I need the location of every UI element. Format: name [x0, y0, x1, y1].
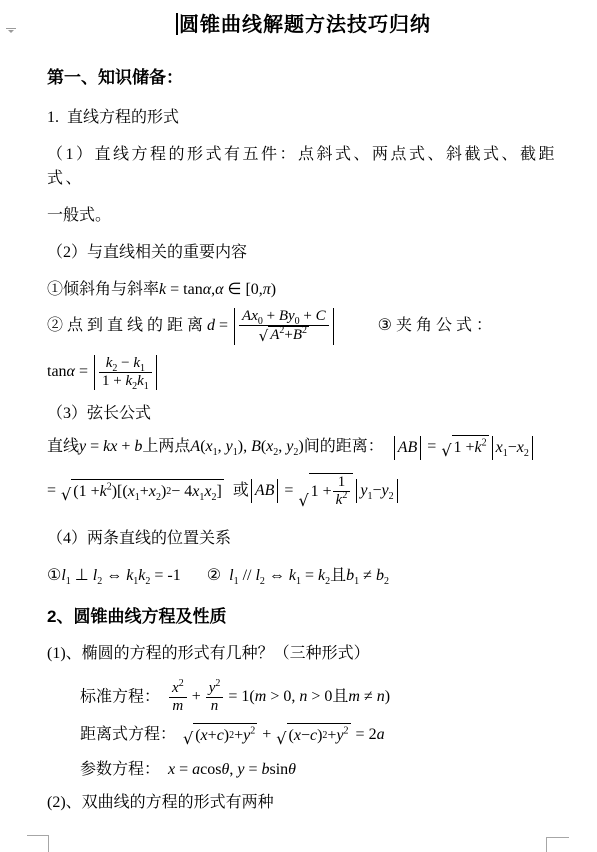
line-parametric-equation: 参数方程：x = acosθ, y = bsinθ — [80, 758, 560, 782]
line-five-forms-1: （1）直线方程的形式有五件：点斜式、两点式、斜截式、截距式、 — [47, 143, 560, 191]
line-chord-title: （3）弦长公式 — [47, 402, 560, 426]
math-formula: √(x + c)2 + y2 + √(x − c)2 + y2 = 2a — [182, 726, 385, 743]
math-formula: A(x1, y1), B(x2, y2) — [190, 438, 303, 455]
math-formula: k = tanα,α ∈ [0,π) — [159, 281, 276, 298]
spacer — [160, 773, 168, 774]
line-standard-equation: 标准方程：x2m + y2n = 1(m > 0, n > 0且m ≠ n) — [80, 680, 560, 716]
document-title-line: 圆锥曲线解题方法技巧归纳 — [47, 10, 560, 42]
math-formula: tanα = k2 − k11 + k2k1 — [47, 363, 159, 380]
math-formula: d = Ax0 + By0 + C√A2 + B2 — [207, 317, 336, 334]
text-run: 或 — [233, 482, 249, 499]
heading-conic-equations: 2、圆锥曲线方程及性质 — [47, 605, 560, 629]
text-run: （3）弦长公式 — [47, 405, 151, 422]
text-run: ② — [207, 567, 221, 584]
math-formula: y = kx + b — [79, 438, 142, 455]
text-run: 参数方程： — [80, 761, 160, 778]
outline-collapse-icon — [6, 28, 16, 34]
line-angle-formula: tanα = k2 − k11 + k2k1 — [47, 355, 560, 391]
line-distance-equation: 距离式方程：√(x + c)2 + y2 + √(x − c)2 + y2 = … — [80, 723, 560, 748]
text-run: 第一、知识储备： — [47, 68, 183, 87]
document-body: 第一、知识储备：1. 直线方程的形式（1）直线方程的形式有五件：点斜式、两点式、… — [47, 66, 560, 815]
spacer — [336, 329, 378, 330]
text-run: (2)、双曲线的方程的形式有两种 — [47, 794, 274, 811]
line-hyperbola: (2)、双曲线的方程的形式有两种 — [47, 791, 560, 815]
text-run: 距离式方程： — [80, 726, 176, 743]
spacer — [181, 579, 207, 580]
math-formula: AB = √1 + k2x1 − x2 — [392, 438, 535, 455]
text-run: ① — [47, 567, 61, 584]
text-run: 上两点 — [142, 438, 190, 455]
text-run: ② 点 到 直 线 的 距 离 — [47, 317, 207, 334]
spacer — [221, 579, 229, 580]
document-page[interactable]: 圆锥曲线解题方法技巧归纳 第一、知识储备：1. 直线方程的形式（1）直线方程的形… — [0, 0, 597, 852]
spacer — [384, 450, 392, 451]
line-two-lines-title: （4）两条直线的位置关系 — [47, 527, 560, 551]
line-slope-formula: ①倾斜角与斜率k = tanα,α ∈ [0,π) — [47, 278, 560, 302]
line-two-lines-relation: ①l1 ⊥ l2 ⇔ k1k2 = -1②l1 // l2 ⇔ k1 = k2且… — [47, 564, 560, 588]
line-chord-formula-1: 直线y = kx + b上两点A(x1, y1), B(x2, y2)间的距离：… — [47, 435, 560, 460]
text-boundary-mark-bottom-left — [27, 835, 49, 852]
line-five-forms-2: 一般式。 — [47, 204, 560, 228]
text-run: 一般式。 — [47, 207, 111, 224]
math-formula: x = acosθ, y = bsinθ — [168, 761, 296, 778]
spacer — [160, 700, 168, 701]
line-line-eq-title: 1. 直线方程的形式 — [47, 106, 560, 130]
line-ellipse-question: (1)、椭圆的方程的形式有几种？（三种形式） — [47, 642, 560, 666]
line-important-content: （2）与直线相关的重要内容 — [47, 241, 560, 265]
text-run: （2）与直线相关的重要内容 — [47, 244, 247, 261]
page-title: 圆锥曲线解题方法技巧归纳 — [179, 14, 431, 36]
line-chord-formula-2: = √(1 + k2)[(x1 + x2)2 − 4x1x2]或AB = √1 … — [47, 473, 560, 510]
heading-knowledge: 第一、知识储备： — [47, 66, 560, 90]
spacer — [225, 494, 233, 495]
text-run: （1）直线方程的形式有五件：点斜式、两点式、斜截式、截距式、 — [47, 146, 557, 187]
text-run: 1. 直线方程的形式 — [47, 109, 179, 126]
math-formula: = √(1 + k2)[(x1 + x2)2 − 4x1x2] — [47, 482, 225, 499]
text-boundary-mark-bottom-right — [546, 837, 569, 852]
line-point-distance: ② 点 到 直 线 的 距 离 d = Ax0 + By0 + C√A2 + B… — [47, 308, 560, 345]
text-run: （4）两条直线的位置关系 — [47, 530, 231, 547]
math-formula: x2m + y2n = 1(m > 0, n > 0且m ≠ n) — [168, 688, 390, 705]
text-run: (1)、椭圆的方程的形式有几种？（三种形式） — [47, 645, 370, 662]
text-run: 标准方程： — [80, 688, 160, 705]
text-cursor — [176, 13, 178, 35]
math-formula: l1 // l2 ⇔ k1 = k2且b1 ≠ b2 — [229, 567, 389, 584]
text-run: 间的距离： — [304, 438, 384, 455]
text-run: 直线 — [47, 438, 79, 455]
text-run: 2、圆锥曲线方程及性质 — [47, 607, 226, 626]
text-run: ①倾斜角与斜率 — [47, 281, 159, 298]
math-formula: AB = √1 + 1k2y1 − y2 — [249, 482, 400, 499]
math-formula: l1 ⊥ l2 ⇔ k1k2 = -1 — [61, 567, 180, 584]
text-run: ③ 夹 角 公 式 ： — [378, 317, 492, 334]
